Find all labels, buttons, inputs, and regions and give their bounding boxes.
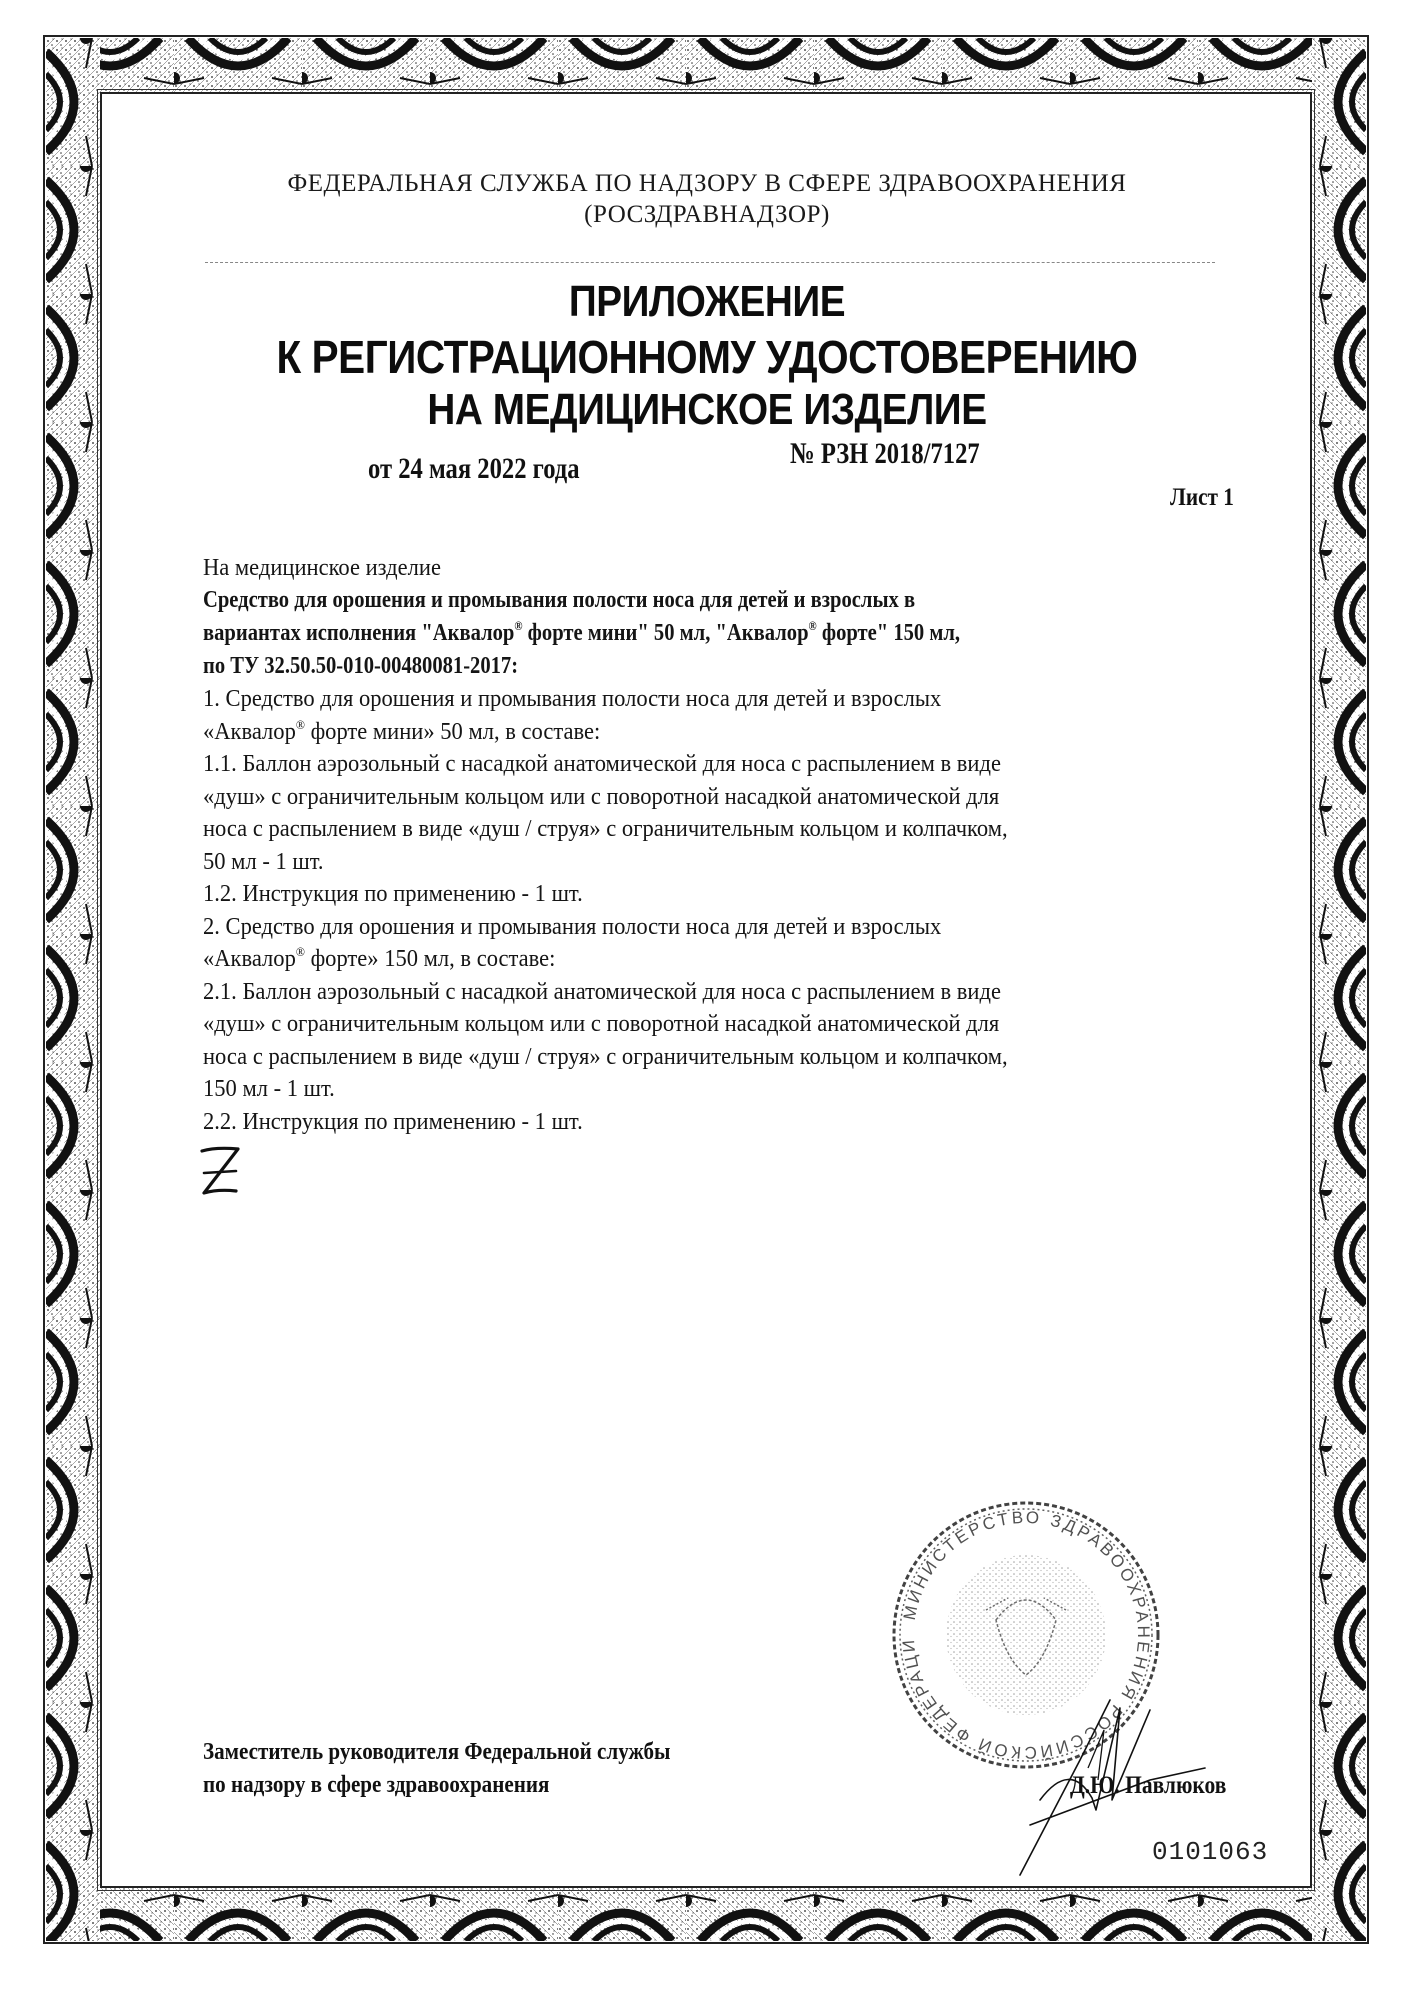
composition-line: «Аквалор® форте» 150 мл, в составе: xyxy=(203,943,555,976)
signer-name: Д.Ю. Павлюков xyxy=(1070,1772,1226,1800)
document-title-line1: ПРИЛОЖЕНИЕ xyxy=(85,277,1329,327)
composition-line: 1.2. Инструкция по применению - 1 шт. xyxy=(203,878,583,911)
registered-mark: ® xyxy=(809,618,817,633)
composition-line: 150 мл - 1 шт. xyxy=(203,1073,335,1106)
agency-abbreviation: (РОСЗДРАВНАДЗОР) xyxy=(0,199,1414,230)
form-serial-number: 0101063 xyxy=(1152,1837,1268,1867)
intro-text: На медицинское изделие xyxy=(203,552,441,585)
composition-line: «душ» с ограничительным кольцом или с по… xyxy=(203,781,999,814)
composition-line: 2.1. Баллон аэрозольный с насадкой анато… xyxy=(203,976,1001,1009)
composition-line: 2.2. Инструкция по применению - 1 шт. xyxy=(203,1106,583,1139)
handwritten-z-mark xyxy=(196,1143,246,1201)
signer-position-line1: Заместитель руководителя Федеральной слу… xyxy=(203,1738,670,1766)
signer-position-line2: по надзору в сфере здравоохранения xyxy=(203,1771,549,1799)
agency-name: ФЕДЕРАЛЬНАЯ СЛУЖБА ПО НАДЗОРУ В СФЕРЕ ЗД… xyxy=(0,168,1414,199)
document-title-line2: К РЕГИСТРАЦИОННОМУ УДОСТОВЕРЕНИЮ xyxy=(85,330,1329,384)
composition-line: носа с распылением в виде «душ / струя» … xyxy=(203,813,1008,846)
composition-line: носа с распылением в виде «душ / струя» … xyxy=(203,1041,1008,1074)
product-name-line2: вариантах исполнения "Аквалор® форте мин… xyxy=(203,617,960,650)
composition-line: 1. Средство для орошения и промывания по… xyxy=(203,683,941,716)
product-spec-line: по ТУ 32.50.50-010-00480081-2017: xyxy=(203,650,518,683)
sheet-number: Лист 1 xyxy=(1170,484,1234,512)
registered-mark: ® xyxy=(296,717,305,732)
product-name-line1: Средство для орошения и промывания полос… xyxy=(203,584,915,617)
composition-line: 1.1. Баллон аэрозольный с насадкой анато… xyxy=(203,748,1001,781)
composition-line: 2. Средство для орошения и промывания по… xyxy=(203,911,941,944)
composition-line: 50 мл - 1 шт. xyxy=(203,846,324,879)
certificate-page: ФЕДЕРАЛЬНАЯ СЛУЖБА ПО НАДЗОРУ В СФЕРЕ ЗД… xyxy=(0,0,1414,2000)
composition-line: «Аквалор® форте мини» 50 мл, в составе: xyxy=(203,716,600,749)
header-divider xyxy=(205,262,1215,263)
certificate-date: от 24 мая 2022 года xyxy=(368,452,580,486)
registration-number: № РЗН 2018/7127 xyxy=(790,437,980,471)
registered-mark: ® xyxy=(296,944,305,959)
composition-line: «душ» с ограничительным кольцом или с по… xyxy=(203,1008,999,1041)
document-title-line3: НА МЕДИЦИНСКОЕ ИЗДЕЛИЕ xyxy=(85,385,1329,435)
